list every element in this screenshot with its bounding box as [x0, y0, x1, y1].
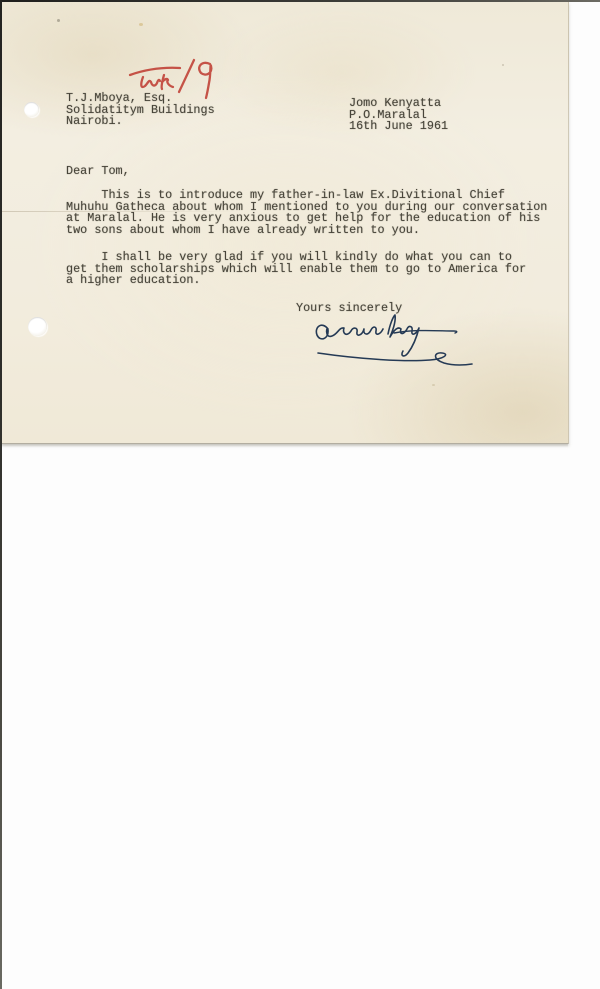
paragraph2-line: a higher education. [66, 275, 526, 287]
scan-edge-top [0, 0, 600, 2]
salutation: Dear Tom, [66, 166, 130, 178]
paper-bottom-shadow [2, 444, 568, 447]
paragraph1-line: two sons about whom I have already writt… [66, 225, 547, 237]
signature-jomo-kenyatta [304, 312, 484, 370]
recipient-address-block: T.J.Mboya, Esq. Solidatitym Buildings Na… [66, 93, 215, 128]
scanned-letter-page: T.J.Mboya, Esq. Solidatitym Buildings Na… [0, 0, 600, 989]
paper-speck [502, 64, 504, 66]
salutation-line: Dear Tom, [66, 166, 130, 178]
sender-address-block: Jomo Kenyatta P.O.Maralal 16th June 1961 [349, 98, 448, 133]
punch-hole-upper [24, 102, 39, 117]
letter-date: 16th June 1961 [349, 121, 448, 133]
punch-hole-lower [28, 317, 47, 336]
scan-edge-left [0, 0, 2, 989]
paper-speck [57, 19, 60, 22]
paper-speck [432, 384, 435, 386]
paper-speck [139, 23, 143, 26]
body-paragraph-2: I shall be very glad if you will kindly … [66, 252, 526, 287]
recipient-city: Nairobi. [66, 116, 215, 128]
letter-paper: T.J.Mboya, Esq. Solidatitym Buildings Na… [2, 2, 569, 444]
body-paragraph-1: This is to introduce my father-in-law Ex… [66, 190, 547, 236]
